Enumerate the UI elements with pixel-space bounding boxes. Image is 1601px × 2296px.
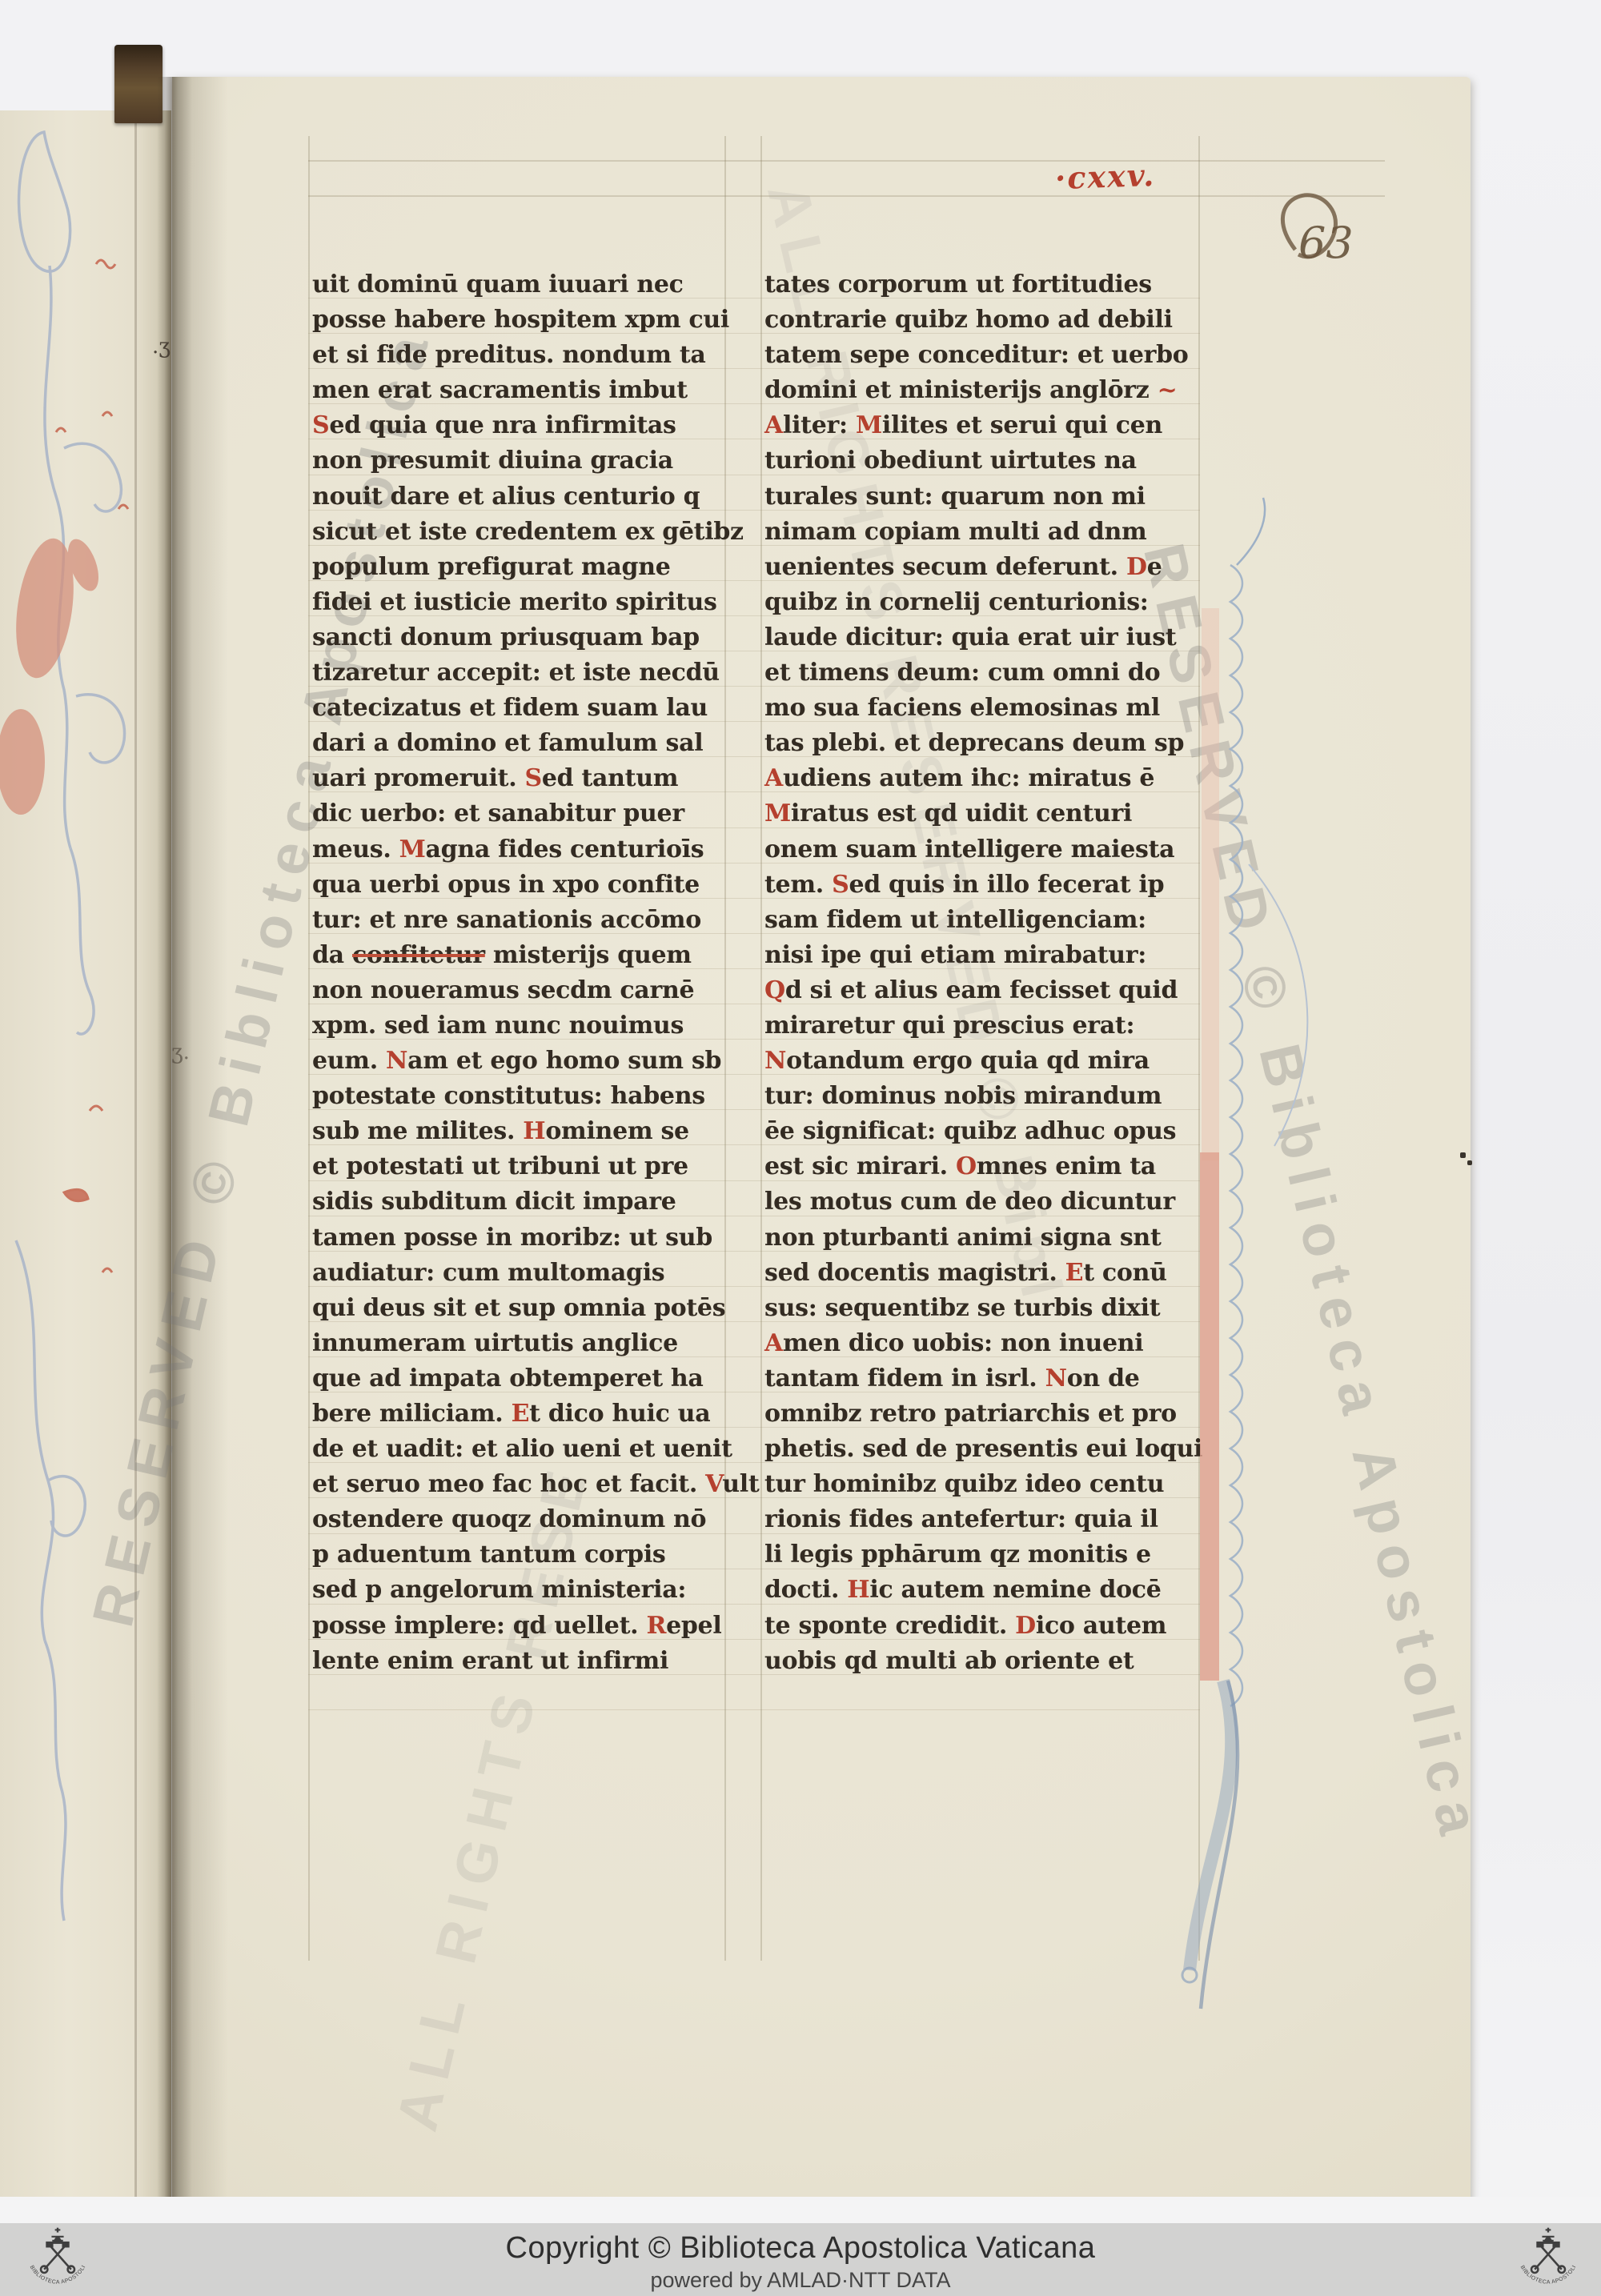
quire-mark: ʒ. bbox=[171, 1040, 190, 1064]
text-line: sidis subditum dicit impare bbox=[312, 1184, 728, 1220]
text-line: docti. Hic autem nemine docē bbox=[764, 1573, 1201, 1608]
text-line: fidei et iusticie merito spiritus bbox=[312, 585, 728, 620]
logo-arc-text: BIBLIOTECA APOSTOLICA VATICANA bbox=[1512, 2226, 1577, 2286]
text-line: est sic mirari. Omnes enim ta bbox=[764, 1149, 1201, 1184]
text-line: et timens deum: cum omni do bbox=[764, 655, 1201, 691]
footer-gap bbox=[0, 2197, 1601, 2223]
text-line: nimam copiam multi ad dnm bbox=[764, 515, 1201, 550]
pencil-foliation: 63 bbox=[1298, 218, 1354, 268]
facing-page-edge bbox=[134, 120, 137, 2201]
text-line: tur: et nre sanationis accōmo bbox=[312, 903, 728, 938]
text-line: Sed quia que nra infirmitas bbox=[312, 408, 728, 443]
text-line: tem. Sed quis in illo fecerat ip bbox=[764, 868, 1201, 903]
vertical-rule bbox=[308, 136, 310, 1961]
logo-arc-text: BIBLIOTECA APOSTOLICA VATICANA bbox=[22, 2226, 86, 2286]
svg-text:BIBLIOTECA APOSTOLICA VATICANA: BIBLIOTECA APOSTOLICA VATICANA bbox=[1512, 2226, 1577, 2286]
text-line: de et uadit: et alio ueni et uenit bbox=[312, 1432, 728, 1467]
text-line: non presumit diuina gracia bbox=[312, 443, 728, 479]
text-line: ostendere quoqz dominum nō bbox=[312, 1502, 728, 1537]
text-line: Notandum ergo quia qd mira bbox=[764, 1044, 1201, 1079]
text-line: tur hominibz quibz ideo centu bbox=[764, 1467, 1201, 1502]
text-line: turales sunt: quarum non mi bbox=[764, 479, 1201, 515]
text-line: Amen dico uobis: non inueni bbox=[764, 1326, 1201, 1361]
text-line: men erat sacramentis imbut bbox=[312, 373, 728, 408]
manuscript-scan-view: ·cxxv. 63 .ʒ ʒ. RESERVED © Biblioteca Ap… bbox=[0, 0, 1601, 2296]
text-line: meus. Magna fides centurioīs bbox=[312, 832, 728, 868]
text-line: uari promeruit. Sed tantum bbox=[312, 761, 728, 796]
text-line: posse habere hospitem xpm cui bbox=[312, 303, 728, 338]
text-line: turioni obediunt uirtutes na bbox=[764, 443, 1201, 479]
text-line: tantam fidem in isrl. Non de bbox=[764, 1361, 1201, 1396]
text-line: te sponte credidit. Dico autem bbox=[764, 1609, 1201, 1644]
text-line: innumeram uirtutis anglice bbox=[312, 1326, 728, 1361]
text-line: tur: dominus nobis mirandum bbox=[764, 1079, 1201, 1114]
text-line: Aliter: Milites et serui qui cen bbox=[764, 408, 1201, 443]
text-column-left: uit dominū quam iuuari necposse habere h… bbox=[312, 267, 728, 1679]
text-line: catecizatus et fidem suam lau bbox=[312, 691, 728, 726]
text-line: Audiens autem ihc: miratus ē bbox=[764, 761, 1201, 796]
text-line: rionis fides antefertur: quia il bbox=[764, 1502, 1201, 1537]
text-line: uenientes secum deferunt. De bbox=[764, 550, 1201, 585]
text-line: tamen posse in moribz: ut sub bbox=[312, 1220, 728, 1256]
text-line: tates corporum ut fortitudies bbox=[764, 267, 1201, 303]
text-line: qui deus sit et sup omnia potēs bbox=[312, 1291, 728, 1326]
text-line: sed p angelorum ministeria: bbox=[312, 1573, 728, 1608]
text-line: que ad impata obtemperet ha bbox=[312, 1361, 728, 1396]
text-line: sed docentis magistri. Et conū bbox=[764, 1256, 1201, 1291]
text-line: domini et ministerijs anglōrz ~ bbox=[764, 373, 1201, 408]
text-line: Miratus est qd uidit centuri bbox=[764, 796, 1201, 831]
facing-page bbox=[0, 110, 171, 2209]
text-line: les motus cum de deo dicuntur bbox=[764, 1184, 1201, 1220]
powered-by-text: powered by AMLAD·NTT DATA bbox=[0, 2268, 1601, 2293]
text-line: quibz in cornelij centurionis: bbox=[764, 585, 1201, 620]
text-line: tas plebi. et deprecans deum sp bbox=[764, 726, 1201, 761]
text-line: sam fidem ut intelligenciam: bbox=[764, 903, 1201, 938]
text-line: qua uerbi opus in xpo confite bbox=[312, 868, 728, 903]
text-line: posse implere: qd uellet. Repel bbox=[312, 1609, 728, 1644]
text-line: non pturbanti animi signa snt bbox=[764, 1220, 1201, 1256]
copyright-text: Copyright © Biblioteca Apostolica Vatica… bbox=[0, 2231, 1601, 2266]
text-line: ēe significat: quibz adhuc opus bbox=[764, 1114, 1201, 1149]
text-line: audiatur: cum multomagis bbox=[312, 1256, 728, 1291]
text-line: contrarie quibz homo ad debili bbox=[764, 303, 1201, 338]
text-line: Qd si et alius eam fecisset quid bbox=[764, 973, 1201, 1008]
text-line: sus: sequentibz se turbis dixit bbox=[764, 1291, 1201, 1326]
text-line: da confitetur misterijs quem bbox=[312, 938, 728, 973]
vatican-library-logo-right: BIBLIOTECA APOSTOLICA VATICANA bbox=[1508, 2226, 1588, 2294]
text-line: nisi ipe qui etiam mirabatur: bbox=[764, 938, 1201, 973]
text-line: miraretur qui prescius erat: bbox=[764, 1008, 1201, 1044]
text-line: p aduentum tantum corpis bbox=[312, 1537, 728, 1573]
text-line: sancti donum priusquam bap bbox=[312, 620, 728, 655]
gutter-shadow bbox=[157, 77, 192, 2210]
vatican-library-logo-left: BIBLIOTECA APOSTOLICA VATICANA bbox=[18, 2226, 98, 2294]
text-line: eum. Nam et ego homo sum sb bbox=[312, 1044, 728, 1079]
text-line: li legis pphārum qz monitis e bbox=[764, 1537, 1201, 1573]
text-line: non noueramus secdm carnē bbox=[312, 973, 728, 1008]
text-line: populum prefigurat magne bbox=[312, 550, 728, 585]
binding-tab bbox=[114, 45, 163, 123]
text-line: et seruo meo fac hoc et facit. Vult bbox=[312, 1467, 728, 1502]
quire-mark: .ʒ bbox=[152, 335, 171, 359]
header-rule-top bbox=[308, 160, 1385, 162]
text-line: dic uerbo: et sanabitur puer bbox=[312, 796, 728, 831]
text-line: tatem sepe conceditur: et uerbo bbox=[764, 338, 1201, 373]
text-line: lente enim erant ut infirmi bbox=[312, 1644, 728, 1679]
text-line: tizaretur accepit: et iste necdū bbox=[312, 655, 728, 691]
text-line: xpm. sed iam nunc nouimus bbox=[312, 1008, 728, 1044]
text-column-right: tates corporum ut fortitudiescontrarie q… bbox=[764, 267, 1201, 1679]
text-line: onem suam intelligere maiesta bbox=[764, 832, 1201, 868]
text-line: bere miliciam. Et dico huic ua bbox=[312, 1396, 728, 1432]
text-line: uobis qd multi ab oriente et bbox=[764, 1644, 1201, 1679]
text-line: et si fide preditus. nondum ta bbox=[312, 338, 728, 373]
text-line: sicut et iste credentem ex gētibz bbox=[312, 515, 728, 550]
vertical-rule bbox=[760, 136, 762, 1961]
text-line: laude dicitur: quia erat uir iust bbox=[764, 620, 1201, 655]
text-line: et potestati ut tribuni ut pre bbox=[312, 1149, 728, 1184]
text-line: phetis. sed de presentis eui loqui bbox=[764, 1432, 1201, 1467]
rule-line bbox=[308, 1709, 1200, 1710]
text-line: nouit dare et alius centurio q bbox=[312, 479, 728, 515]
text-line: mo sua faciens elemosinas ml bbox=[764, 691, 1201, 726]
text-line: omnibz retro patriarchis et pro bbox=[764, 1396, 1201, 1432]
text-line: sub me milites. Hominem se bbox=[312, 1114, 728, 1149]
text-line: uit dominū quam iuuari nec bbox=[312, 267, 728, 303]
folio-number: ·cxxv. bbox=[1054, 157, 1156, 196]
text-line: potestate constitutus: habens bbox=[312, 1079, 728, 1114]
header-rule-bottom bbox=[308, 195, 1385, 197]
text-line: dari a domino et famulum sal bbox=[312, 726, 728, 761]
svg-text:BIBLIOTECA APOSTOLICA VATICANA: BIBLIOTECA APOSTOLICA VATICANA bbox=[22, 2226, 86, 2286]
